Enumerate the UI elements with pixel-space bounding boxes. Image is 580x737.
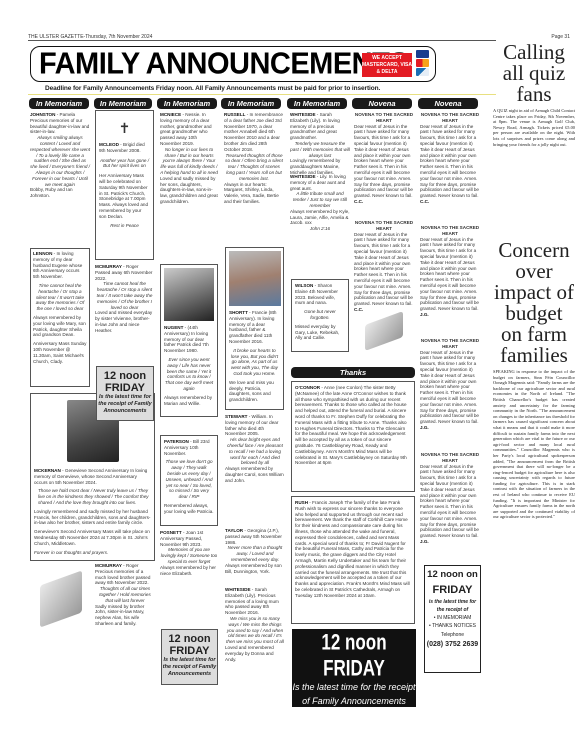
notice-posnett: POSNETT - Joan 1st Anniversary Passed, N… [160,530,218,576]
deadline-notice: Deadline for Family Announcements Friday… [45,85,380,92]
article-headline: Concern over impact of budget on farm fa… [493,240,575,366]
novena-1: NOVENA TO THE SACRED HEART Dear Heart of… [354,112,414,205]
notice-nugent: NUGENT - (44th Anniversary) In loving me… [160,264,218,417]
section-header: In Memoriam [157,98,217,109]
notice-whiteside-grandmother: WHITESIDE - Sarah Elizabeth (Lily). In l… [290,112,350,176]
portrait-photo [164,268,214,321]
section-header: In Memoriam [29,98,89,109]
article-headline: Calling all quiz fans [493,42,575,105]
article-body: SPEAKING in response to the impact of th… [493,369,575,520]
notice-stewart: STEWART - William. In loving memory of o… [225,414,285,484]
novena-4: NOVENA TO THE SACRED HEART Dear Heart of… [420,225,480,318]
divider [28,94,496,95]
section-header: In Memoriam [287,98,347,109]
novena-6: NOVENA TO THE SACRED HEART Dear Heart of… [420,452,480,545]
notice-wilson: WILSON - Sharon Elaine 4th November 2023… [291,279,349,352]
deadline-ad: 12 noon FRIDAY Is the latest time for th… [96,366,154,421]
section-header: Novena [418,98,478,109]
section-header: In Memoriam [221,98,281,109]
notice-lennon: LENNON - In loving memory of my dear hus… [30,248,90,387]
delta-icon [416,68,429,76]
novena-5: NOVENA TO THE SACRED HEART Dear Heart of… [420,338,480,431]
notice-mcniece: MCNIECE - Nessie. In loving memory of a … [160,112,218,205]
notice-shortt: SHORTT - Francie (8th Anniversary). In l… [225,247,284,410]
divider [28,40,496,41]
family-announcements-banner: FAMILY ANNOUNCEMENTS WE ACCEPT MASTERCAR… [30,46,436,82]
article-budget: Concern over impact of budget on farm fa… [493,240,575,520]
article-quiz: Calling all quiz fans A QUIZ night in ai… [493,42,575,147]
deadline-ad: 12 noon FRIDAY Is the latest time for th… [161,629,218,685]
mastercard-icon [416,59,429,67]
notice-mcleod: ✝ MCLEOD - Brigid died 9th November 2008… [95,110,154,260]
deadline-ad-telephone: 12 noon on FRIDAY is the latest time for… [424,565,481,673]
notice-johnston: JOHNSTON - Pamela Precious memories of o… [30,112,90,199]
notice-whiteside-mum: WHITESIDE - Sarah Elizabeth (Lily). Prec… [225,587,285,662]
notice-mcmurray-brother: MCMURRAY - Roger Precious memories of a … [95,563,155,627]
notice-whiteside-aunt: WHITESIDE - Lily. In loving memory of a … [290,174,350,232]
section-header-thanks: Thanks [291,367,415,378]
novena-2: NOVENA TO THE SACRED HEART Dear Heart of… [354,220,414,313]
section-header: In Memoriam [94,98,152,109]
visa-icon [416,50,429,58]
payment-accept-badge: WE ACCEPT MASTERCARD, VISA & DELTA [362,53,412,77]
banner-title: FAMILY ANNOUNCEMENTS [39,47,408,82]
bible-icon [365,311,403,351]
notice-taylor: TAYLOR - Georgina (J.P.), passed away 5t… [225,528,285,574]
notice-paterson: PATERSON - Bill 23rd Anniversary 10th No… [160,435,218,526]
section-header: Novena [352,98,412,109]
card-logos [416,50,432,79]
article-body: A QUIZ night in aid of Armagh Child Cont… [493,108,575,147]
notice-mcmurray-sister: MCMURRAY - Roger Passed away 6th Novembe… [95,264,154,334]
novena-3: NOVENA TO THE SACRED HEART Dear Heart of… [420,112,480,205]
bible-icon [40,570,82,627]
cross-icon: ✝ [99,120,150,136]
portrait-photo [229,251,281,306]
notice-rush: RUSH - Francis Joseph The family of the … [291,496,415,624]
notice-russell: RUSSELL - In remembrance of a dear fathe… [224,112,284,205]
notice-oconnor: O'CONNOR - Anne (nee Conlon) The sister … [291,381,415,492]
deadline-ad-black: 12 noon FRIDAY Is the latest time for th… [292,629,416,707]
